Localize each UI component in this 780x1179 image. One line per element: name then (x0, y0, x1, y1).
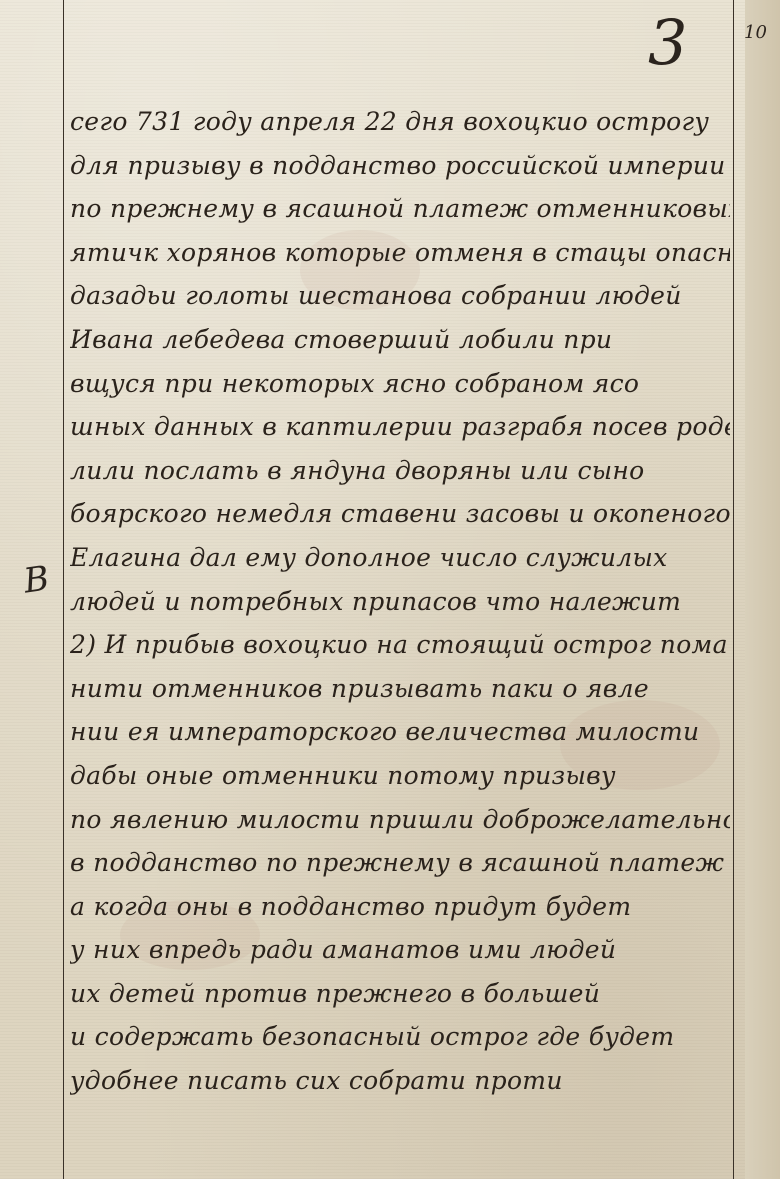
text-line: и содержать безопасный острог где будет (70, 1015, 730, 1059)
text-line: дабы оные отменники потому призыву (70, 754, 730, 798)
text-line: шных данных в каптилерии разграбя посев … (70, 405, 730, 449)
text-line-numbered: 2) И прибыв вохоцкио на стоящий острог п… (70, 623, 730, 667)
manuscript-page: 3 10 В сего 731 году апреля 22 дня вохоц… (0, 0, 780, 1179)
folio-secondary-number: 10 (744, 22, 767, 43)
text-line: для призыву в подданство российской импе… (70, 144, 730, 188)
text-line: лили послать в яндуна дворяны или сыно (70, 449, 730, 493)
text-line: дазадьи голоты шестанова собрании людей (70, 274, 730, 318)
manuscript-text: сего 731 году апреля 22 дня вохоцкио ост… (70, 100, 730, 1103)
text-line: в подданство по прежнему в ясашной плате… (70, 841, 730, 885)
text-line: Ивана лебедева стоверший лобили при (70, 318, 730, 362)
text-line: по прежнему в ясашной платеж отменниковы… (70, 187, 730, 231)
text-line: вщуся при некоторых ясно собраном ясо (70, 362, 730, 406)
text-line: у них впредь ради аманатов ими людей (70, 928, 730, 972)
margin-note: В (21, 558, 51, 601)
text-line: людей и потребных припасов что належит (70, 580, 730, 624)
text-line: по явлению милости пришли доброжелательн… (70, 798, 730, 842)
text-line: сего 731 году апреля 22 дня вохоцкио ост… (70, 100, 730, 144)
folio-number: 3 (648, 6, 687, 79)
text-line: Елагина дал ему дополное число служилых (70, 536, 730, 580)
text-line: боярского немедля ставени засовы и окопе… (70, 492, 730, 536)
text-line: их детей против прежнего в большей (70, 972, 730, 1016)
text-line: ятичк хорянов которые отменя в стацы опа… (70, 231, 730, 275)
left-margin-rule (63, 0, 64, 1179)
page-edge (745, 0, 780, 1179)
text-line: удобнее писать сих собрати проти (70, 1059, 730, 1103)
right-margin-rule (733, 0, 734, 1179)
text-line: нии ея императорского величества милости (70, 710, 730, 754)
text-line: а когда оны в подданство придут будет (70, 885, 730, 929)
text-line: нити отменников призывать паки о явле (70, 667, 730, 711)
